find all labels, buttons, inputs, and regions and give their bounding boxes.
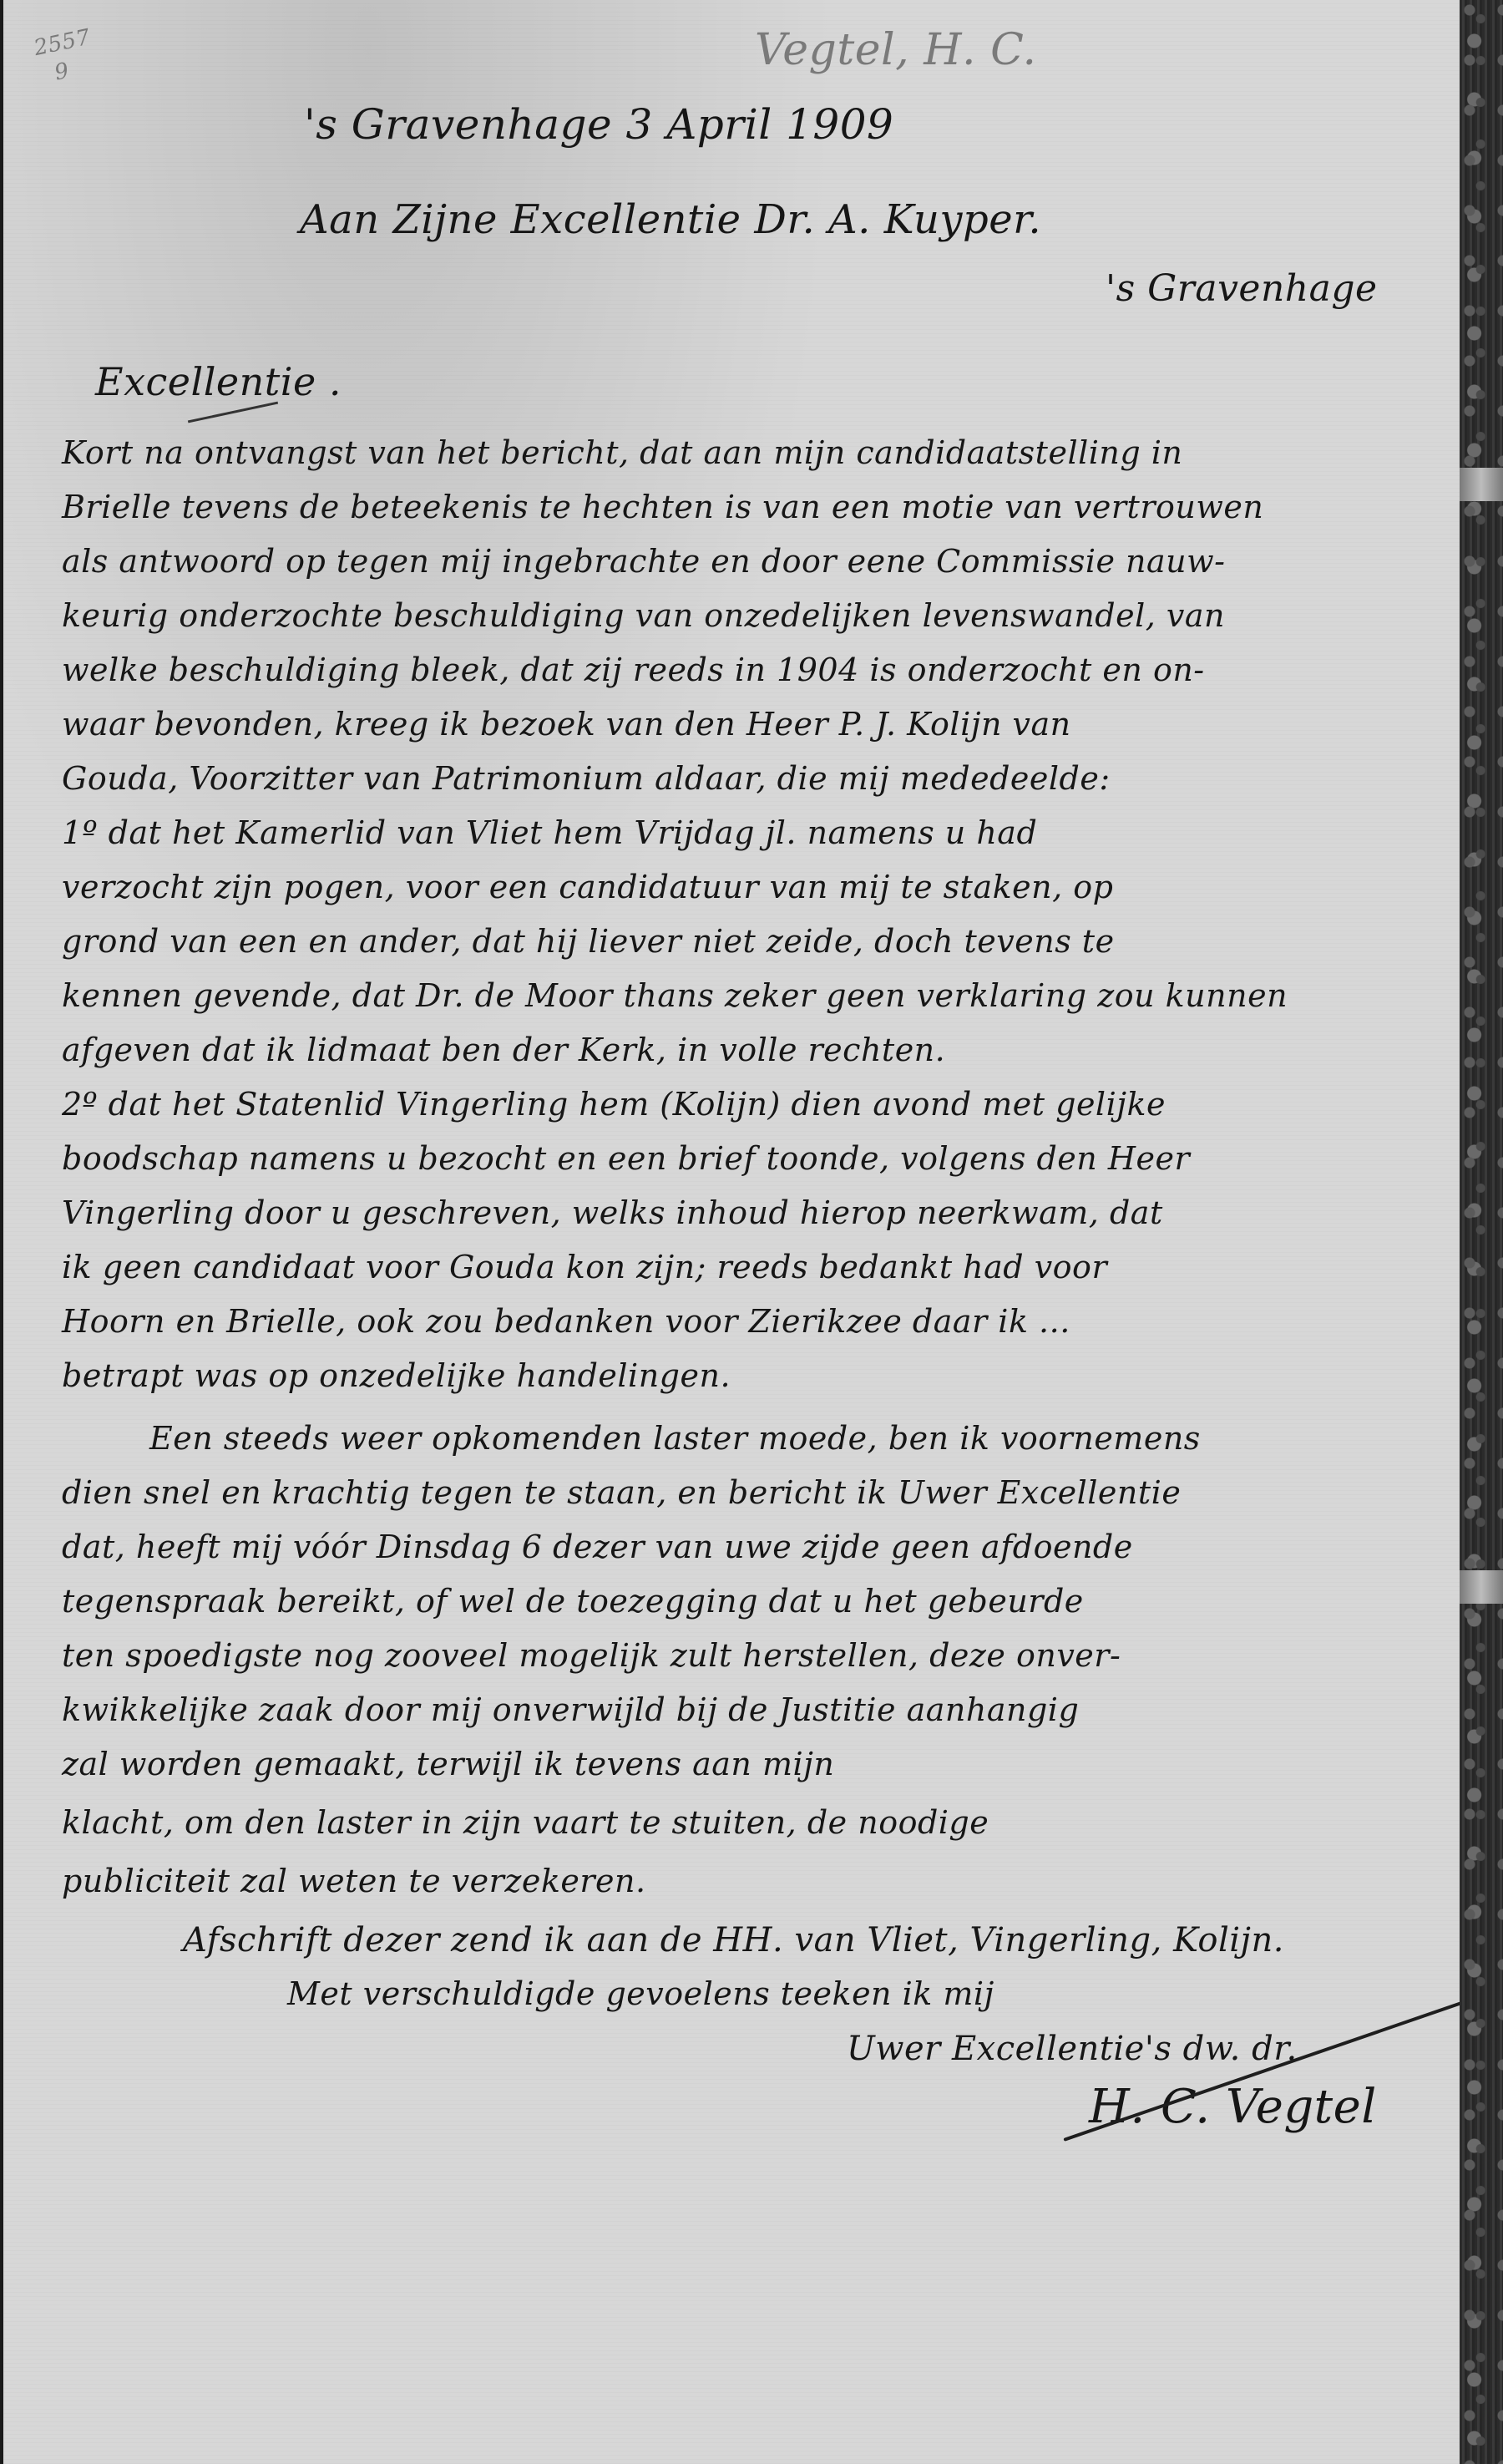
body-line: 2º dat het Statenlid Vingerling hem (Kol… bbox=[62, 1086, 1166, 1123]
greeting: Excellentie . bbox=[95, 359, 342, 404]
body-line: boodschap namens u bezocht en een brief … bbox=[62, 1140, 1190, 1177]
body-line: dien snel en krachtig tegen te staan, en… bbox=[62, 1474, 1181, 1511]
body-line: klacht, om den laster in zijn vaart te s… bbox=[62, 1804, 989, 1841]
body-line: afgeven dat ik lidmaat ben der Kerk, in … bbox=[62, 1032, 945, 1068]
closing-regards: Met verschuldigde gevoelens teeken ik mi… bbox=[287, 1975, 994, 2012]
body-line: Gouda, Voorzitter van Patrimonium aldaar… bbox=[62, 760, 1111, 797]
body-line: grond van een en ander, dat hij liever n… bbox=[62, 923, 1115, 960]
archive-margin-note: 2557 9 bbox=[32, 23, 99, 91]
body-line: Brielle tevens de beteekenis te hechten … bbox=[62, 489, 1263, 525]
letter-page: 2557 9 Vegtel, H. C. 's Gravenhage 3 Apr… bbox=[0, 0, 1463, 2464]
addressee-place: 's Gravenhage bbox=[1106, 267, 1378, 310]
body-line: tegenspraak bereikt, of wel de toezeggin… bbox=[62, 1583, 1084, 1620]
closing-servant: Uwer Excellentie's dw. dr. bbox=[847, 2030, 1298, 2068]
body-line: zal worden gemaakt, terwijl ik tevens aa… bbox=[62, 1746, 834, 1782]
body-line: ik geen candidaat voor Gouda kon zijn; r… bbox=[62, 1249, 1107, 1285]
binding-highlight bbox=[1460, 1570, 1503, 1604]
body-line: verzocht zijn pogen, voor een candidatuu… bbox=[62, 869, 1113, 905]
greeting-underline bbox=[188, 402, 278, 423]
body-line: Vingerling door u geschreven, welks inho… bbox=[62, 1194, 1163, 1231]
closing-copy-note: Afschrift dezer zend ik aan de HH. van V… bbox=[183, 1921, 1284, 1960]
body-line: Hoorn en Brielle, ook zou bedanken voor … bbox=[62, 1303, 1070, 1340]
body-line: als antwoord op tegen mij ingebrachte en… bbox=[62, 543, 1226, 580]
body-line: dat, heeft mij vóór Dinsdag 6 dezer van … bbox=[62, 1529, 1133, 1565]
body-line: publiciteit zal weten te verzekeren. bbox=[62, 1863, 646, 1899]
body-line: 1º dat het Kamerlid van Vliet hem Vrijda… bbox=[62, 814, 1037, 851]
body-line: welke beschuldiging bleek, dat zij reeds… bbox=[62, 651, 1205, 688]
binding-highlight bbox=[1460, 468, 1503, 501]
body-line: Kort na ontvangst van het bericht, dat a… bbox=[62, 434, 1182, 471]
body-line: kwikkelijke zaak door mij onverwijld bij… bbox=[62, 1691, 1079, 1728]
addressee: Aan Zijne Excellentie Dr. A. Kuyper. bbox=[300, 196, 1041, 243]
dateline: 's Gravenhage 3 April 1909 bbox=[304, 100, 893, 149]
archive-header-name: Vegtel, H. C. bbox=[755, 25, 1037, 75]
body-line: kennen gevende, dat Dr. de Moor thans ze… bbox=[62, 977, 1288, 1014]
body-line: Een steeds weer opkomenden laster moede,… bbox=[149, 1420, 1201, 1457]
body-line: betrapt was op onzedelijke handelingen. bbox=[62, 1357, 731, 1394]
binding-edge bbox=[1460, 0, 1503, 2464]
signature: H. C. Vegtel bbox=[1089, 2080, 1377, 2134]
body-line: keurig onderzochte beschuldiging van onz… bbox=[62, 597, 1225, 634]
greeting-text: Excellentie . bbox=[95, 359, 342, 404]
body-line: waar bevonden, kreeg ik bezoek van den H… bbox=[62, 706, 1071, 743]
body-line: ten spoedigste nog zooveel mogelijk zult… bbox=[62, 1637, 1121, 1674]
